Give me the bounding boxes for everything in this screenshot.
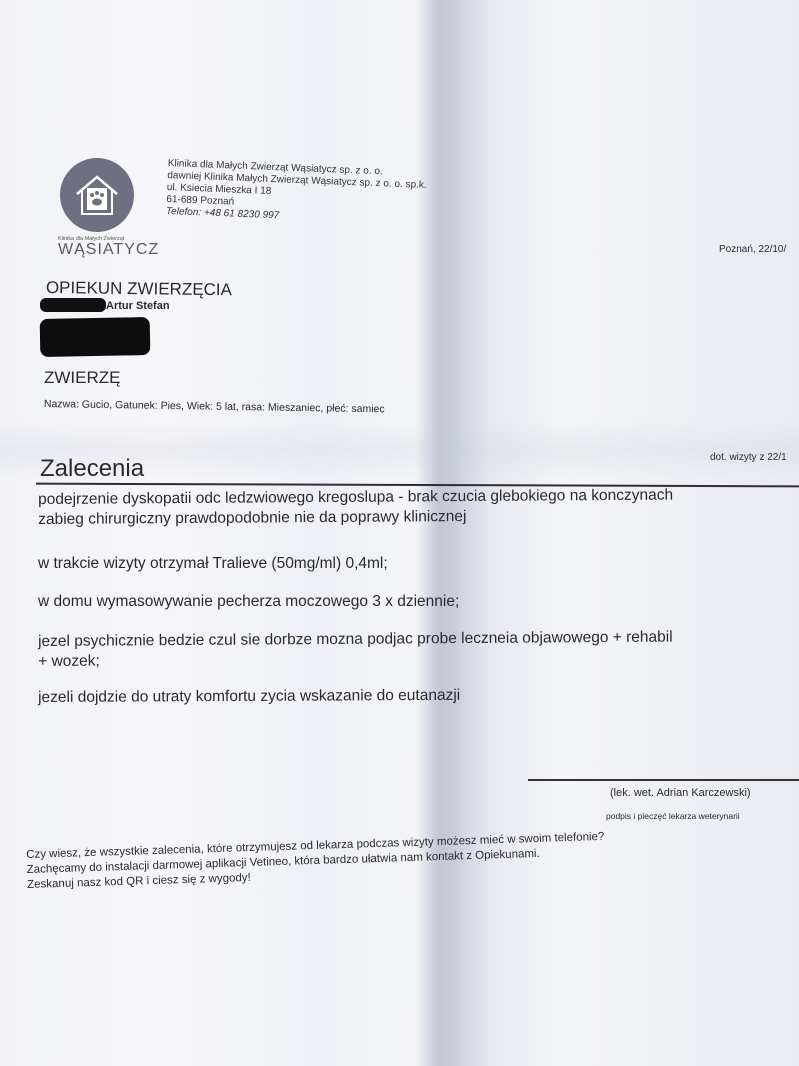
app-promo: Czy wiesz, że wszystkie zalecenia, które… (26, 830, 606, 893)
recommendation-item: w trakcie wizyty otrzymał Tralieve (50mg… (38, 554, 799, 574)
recommendations-list: podejrzenie dyskopatii odc ledzwiowego k… (38, 490, 799, 708)
recommendation-item: jezeli dojdzie do utraty komfortu zycia … (38, 684, 799, 708)
recommendation-line: zabieg chirurgiczny prawdopodobnie nie d… (38, 504, 799, 530)
recommendation-item: jezel psychicznie bedzie czul sie dorbze… (38, 626, 799, 672)
redaction-mark (40, 317, 151, 357)
document-date: Poznań, 22/10/ (719, 244, 786, 255)
signature-caption: podpis i pieczęć lekarza weterynarii (606, 811, 740, 821)
logo-circle (60, 158, 134, 232)
recommendation-item: w domu wymasowywanie pecherza moczowego … (38, 592, 799, 612)
house-paw-icon (74, 174, 120, 216)
owner-heading: OPIEKUN ZWIERZĘCIA (46, 278, 232, 300)
animal-info: Nazwa: Gucio, Gatunek: Pies, Wiek: 5 lat… (44, 398, 385, 415)
logo-name: WĄSIATYCZ (58, 242, 148, 258)
visit-reference: dot. wizyty z 22/1 (710, 452, 787, 463)
doctor-name: (lek. wet. Adrian Karczewski) (610, 787, 751, 799)
animal-heading: ZWIERZĘ (44, 368, 121, 388)
clinic-address-block: Klinika dla Małych Zwierząt Wąsiatycz sp… (166, 158, 428, 228)
recommendation-item: podejrzenie dyskopatii odc ledzwiowego k… (38, 484, 799, 530)
signature-line (528, 779, 799, 781)
recommendation-line: w domu wymasowywanie pecherza moczowego … (38, 592, 799, 612)
recommendation-line: w trakcie wizyty otrzymał Tralieve (50mg… (38, 554, 799, 574)
recommendation-line: jezeli dojdzie do utraty komfortu zycia … (38, 684, 799, 708)
owner-name-visible: Artur Stefan (106, 300, 170, 312)
recommendations-heading: Zalecenia (40, 455, 144, 483)
redaction-mark (40, 298, 106, 312)
clinic-logo: Klinika dla Małych Zwierząt WĄSIATYCZ (58, 158, 148, 258)
